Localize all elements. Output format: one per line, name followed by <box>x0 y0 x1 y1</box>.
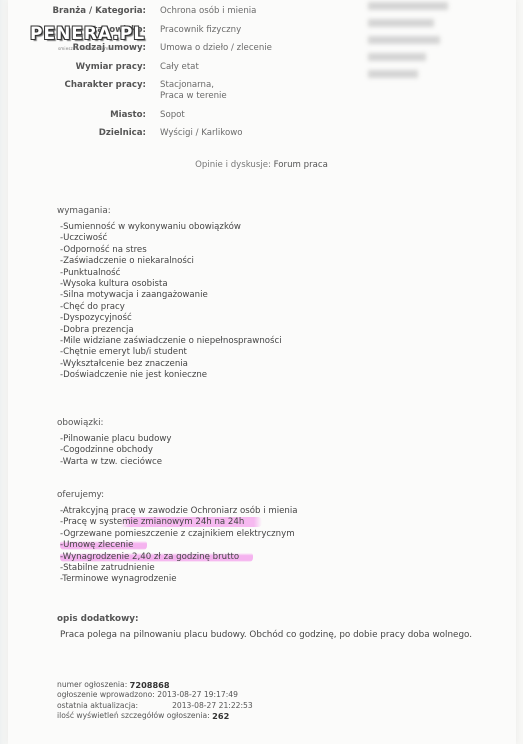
forum-link[interactable]: Forum praca <box>274 160 328 170</box>
aktualizacja-value: 2013-08-27 21:22:53 <box>172 701 253 711</box>
section-title: opis dodatkowy: <box>57 614 472 624</box>
list-item: -Chęć do pracy <box>57 302 282 313</box>
list-item: -Stabilne zatrudnienie <box>57 563 297 574</box>
blurred-contact-info <box>368 2 458 82</box>
list-item: -Dobra prezencja <box>57 325 282 336</box>
aktualizacja-label: ostatnia aktualizacja: <box>57 701 138 711</box>
list-item: -Zaświadczenie o niekaralności <box>57 256 282 267</box>
section-obowiazki: obowiązki: -Pilnowanie placu budowy-Cogo… <box>57 418 171 468</box>
detail-label: Miasto: <box>0 110 160 121</box>
item-text: -Atrakcyjną pracę w zawodzie Ochroniarz … <box>60 506 297 516</box>
item-text: -Stabilne zatrudnienie <box>60 563 155 573</box>
detail-row: Dzielnica:Wyścigi / Karlikowo <box>0 128 400 139</box>
wyswietlenia-label: ilość wyświetleń szczegółów ogłoszenia: <box>57 711 210 721</box>
detail-value: Sopot <box>160 110 185 121</box>
forum-line: Opinie i dyskusje: Forum praca <box>0 160 523 170</box>
detail-label: Branża / Kategoria: <box>0 6 160 17</box>
watermark-subtitle: smieszne obrazki i filmiki <box>58 46 114 51</box>
forum-prefix: Opinie i dyskusje: <box>195 160 271 170</box>
highlighted-text: -Wynagrodzenie 2,40 zł za godzinę brutto <box>60 552 253 562</box>
list-item: -Atrakcyjną pracę w zawodzie Ochroniarz … <box>57 506 297 517</box>
section-wymagania: wymagania: -Sumienność w wykonywaniu obo… <box>57 206 282 382</box>
highlighted-text: -Pracę w systemie zmianowym 24h na 24h <box>60 517 262 527</box>
list-item: -Dyspozycyjność <box>57 313 282 324</box>
list-item: -Sumienność w wykonywaniu obowiązków <box>57 222 282 233</box>
wprowadzono-label: ogłoszenie wprowadzono: <box>57 690 155 700</box>
list-item: -Silna motywacja i zaangażowanie <box>57 290 282 301</box>
list-item: -Warta w tzw. cieciówce <box>57 457 171 468</box>
detail-value: Stacjonarna, Praca w terenie <box>160 80 227 102</box>
list-item: -Pilnowanie placu budowy <box>57 434 171 445</box>
list-item: -Wysoka kultura osobista <box>57 279 282 290</box>
section-oferujemy: oferujemy: -Atrakcyjną pracę w zawodzie … <box>57 490 297 586</box>
highlighted-text: -Umowę zlecenie <box>60 540 147 550</box>
list-item: -Uczciwość <box>57 233 282 244</box>
obowiazki-list: -Pilnowanie placu budowy-Cogodzinne obch… <box>57 434 171 468</box>
detail-row: Branża / Kategoria:Ochrona osób i mienia <box>0 6 400 17</box>
wyswietlenia-value: 262 <box>212 711 229 721</box>
detail-value: Pracownik fizyczny <box>160 25 241 36</box>
list-item: -Chętnie emeryt lub/i student <box>57 347 282 358</box>
section-title: obowiązki: <box>57 418 171 428</box>
detail-row: Wymiar pracy:Cały etat <box>0 62 400 73</box>
opis-text: Praca polega na pilnowaniu placu budowy.… <box>57 630 472 640</box>
watermark-logo: PENERA.PL <box>30 24 145 44</box>
item-text: -Terminowe wynagrodzenie <box>60 574 177 584</box>
section-opis: opis dodatkowy: Praca polega na pilnowan… <box>57 614 472 640</box>
list-item: -Odporność na stres <box>57 245 282 256</box>
list-item: -Pracę w systemie zmianowym 24h na 24h <box>57 517 297 528</box>
detail-label: Wymiar pracy: <box>0 62 160 73</box>
detail-row: Miasto:Sopot <box>0 110 400 121</box>
list-item: -Wynagrodzenie 2,40 zł za godzinę brutto <box>57 552 297 563</box>
section-title: oferujemy: <box>57 490 297 500</box>
item-text: -Ogrzewane pomieszczenie z czajnikiem el… <box>60 529 295 539</box>
list-item: -Umowę zlecenie <box>57 540 297 551</box>
listing-meta: numer ogłoszenia: 7208868 ogłoszenie wpr… <box>57 680 253 722</box>
oferujemy-list: -Atrakcyjną pracę w zawodzie Ochroniarz … <box>57 506 297 586</box>
numer-value: 7208868 <box>130 680 170 690</box>
list-item: -Mile widziane zaświadczenie o niepełnos… <box>57 336 282 347</box>
list-item: -Terminowe wynagrodzenie <box>57 574 297 585</box>
list-item: -Ogrzewane pomieszczenie z czajnikiem el… <box>57 529 297 540</box>
wprowadzono-value: 2013-08-27 19:17:49 <box>157 690 238 700</box>
detail-value: Umowa o dzieło / zlecenie <box>160 43 272 54</box>
detail-value: Wyścigi / Karlikowo <box>160 128 243 139</box>
detail-label: Charakter pracy: <box>0 80 160 102</box>
wymagania-list: -Sumienność w wykonywaniu obowiązków-Ucz… <box>57 222 282 382</box>
list-item: -Punktualność <box>57 268 282 279</box>
detail-value: Cały etat <box>160 62 199 73</box>
detail-value: Ochrona osób i mienia <box>160 6 256 17</box>
numer-label: numer ogłoszenia: <box>57 680 127 690</box>
detail-label: Dzielnica: <box>0 128 160 139</box>
detail-row: Charakter pracy:Stacjonarna, Praca w ter… <box>0 80 400 102</box>
section-title: wymagania: <box>57 206 282 216</box>
list-item: -Doświadczenie nie jest konieczne <box>57 370 282 381</box>
list-item: -Cogodzinne obchody <box>57 445 171 456</box>
list-item: -Wykształcenie bez znaczenia <box>57 359 282 370</box>
